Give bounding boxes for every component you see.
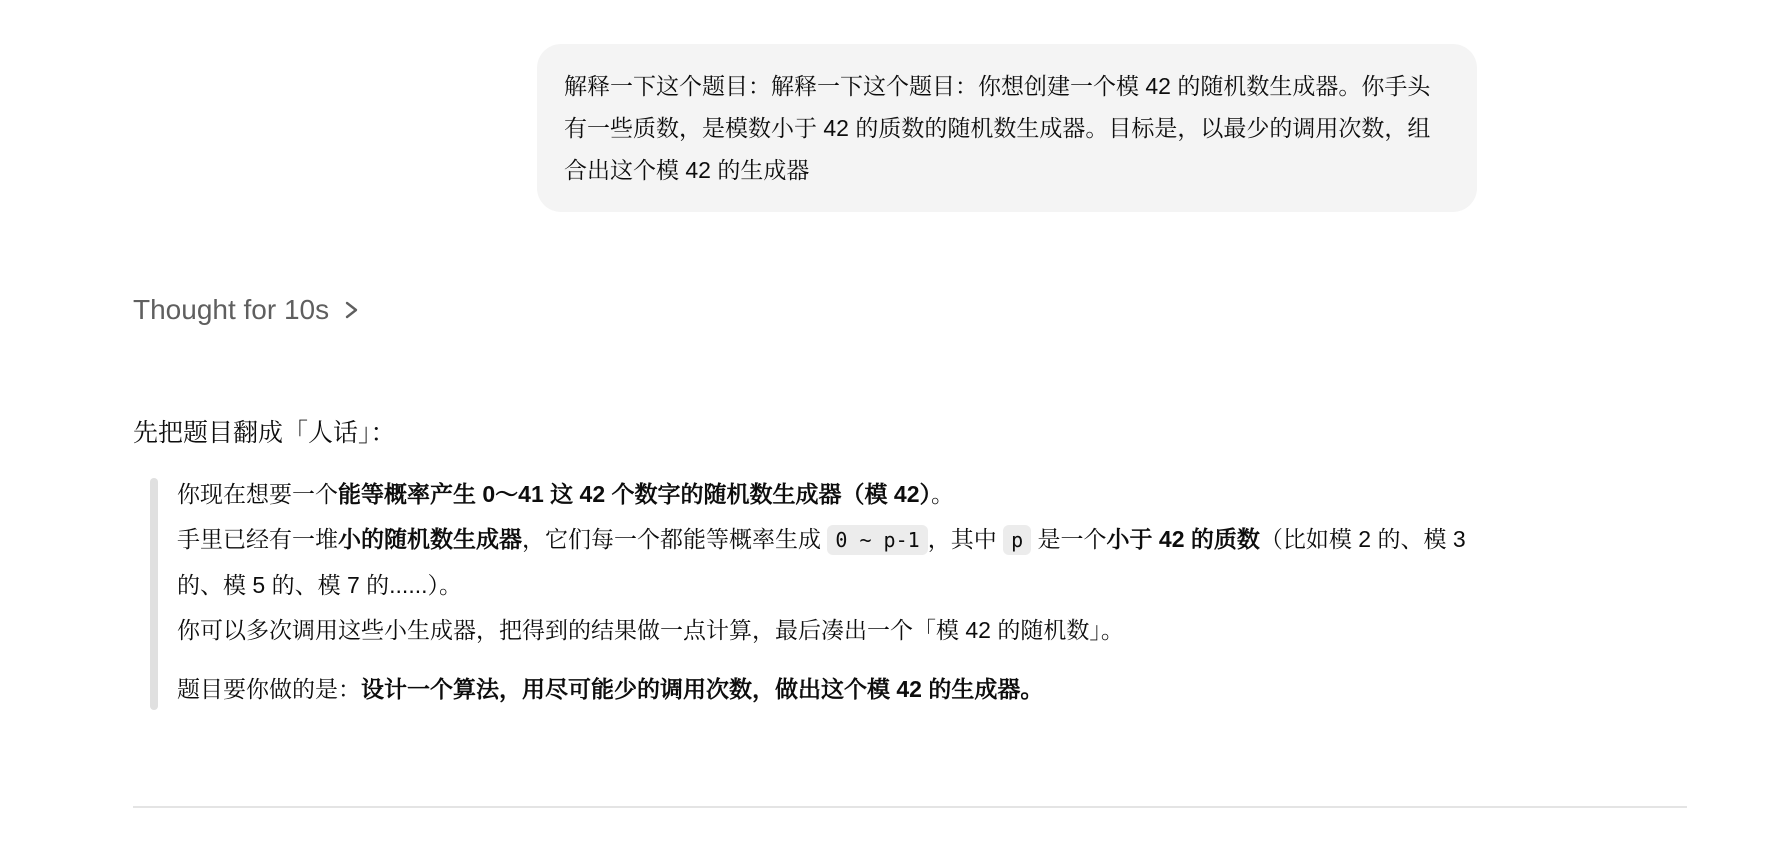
quote-text: 。	[931, 481, 954, 507]
quote-paragraph: 你现在想要一个能等概率产生 0～41 这 42 个数字的随机数生成器（模 42）…	[177, 472, 1470, 517]
quote-text: 题目要你做的是：	[177, 676, 361, 702]
quote-bold-text: 小的随机数生成器	[338, 526, 522, 552]
quote-text: 手里已经有一堆	[177, 526, 338, 552]
thought-label: Thought for 10s	[133, 294, 329, 326]
assistant-intro-text: 先把题目翻成「人话」：	[133, 413, 396, 449]
quote-bold-text: 能等概率产生 0～41 这 42 个数字的随机数生成器（模 42）	[338, 481, 931, 507]
blockquote: 你现在想要一个能等概率产生 0～41 这 42 个数字的随机数生成器（模 42）…	[150, 472, 1470, 712]
quote-paragraph: 题目要你做的是：设计一个算法，用尽可能少的调用次数，做出这个模 42 的生成器。	[177, 667, 1470, 712]
message-divider	[133, 806, 1687, 808]
quote-paragraph: 你可以多次调用这些小生成器，把得到的结果做一点计算，最后凑出一个「模 42 的随…	[177, 608, 1470, 653]
user-message-text: 解释一下这个题目：解释一下这个题目：你想创建一个模 42 的随机数生成器。你手头…	[564, 73, 1430, 183]
quote-text: 是一个	[1031, 526, 1106, 552]
quote-text: 你现在想要一个	[177, 481, 338, 507]
quote-text: 你可以多次调用这些小生成器，把得到的结果做一点计算，最后凑出一个「模 42 的随…	[177, 617, 1124, 643]
user-message-bubble: 解释一下这个题目：解释一下这个题目：你想创建一个模 42 的随机数生成器。你手头…	[537, 44, 1477, 212]
quote-bold-text: 设计一个算法，用尽可能少的调用次数，做出这个模 42 的生成器。	[361, 676, 1043, 702]
quote-text: ，其中	[928, 526, 1003, 552]
quote-text: ，它们每一个都能等概率生成	[522, 526, 827, 552]
thought-toggle[interactable]: Thought for 10s	[133, 294, 359, 326]
inline-code: 0 ~ p-1	[827, 525, 927, 555]
inline-code: p	[1003, 525, 1031, 555]
chevron-right-icon	[343, 298, 359, 322]
quote-bold-text: 小于 42 的质数	[1107, 526, 1260, 552]
chat-page: 解释一下这个题目：解释一下这个题目：你想创建一个模 42 的随机数生成器。你手头…	[0, 0, 1790, 858]
quote-paragraph: 手里已经有一堆小的随机数生成器，它们每一个都能等概率生成 0 ~ p-1，其中 …	[177, 517, 1470, 608]
